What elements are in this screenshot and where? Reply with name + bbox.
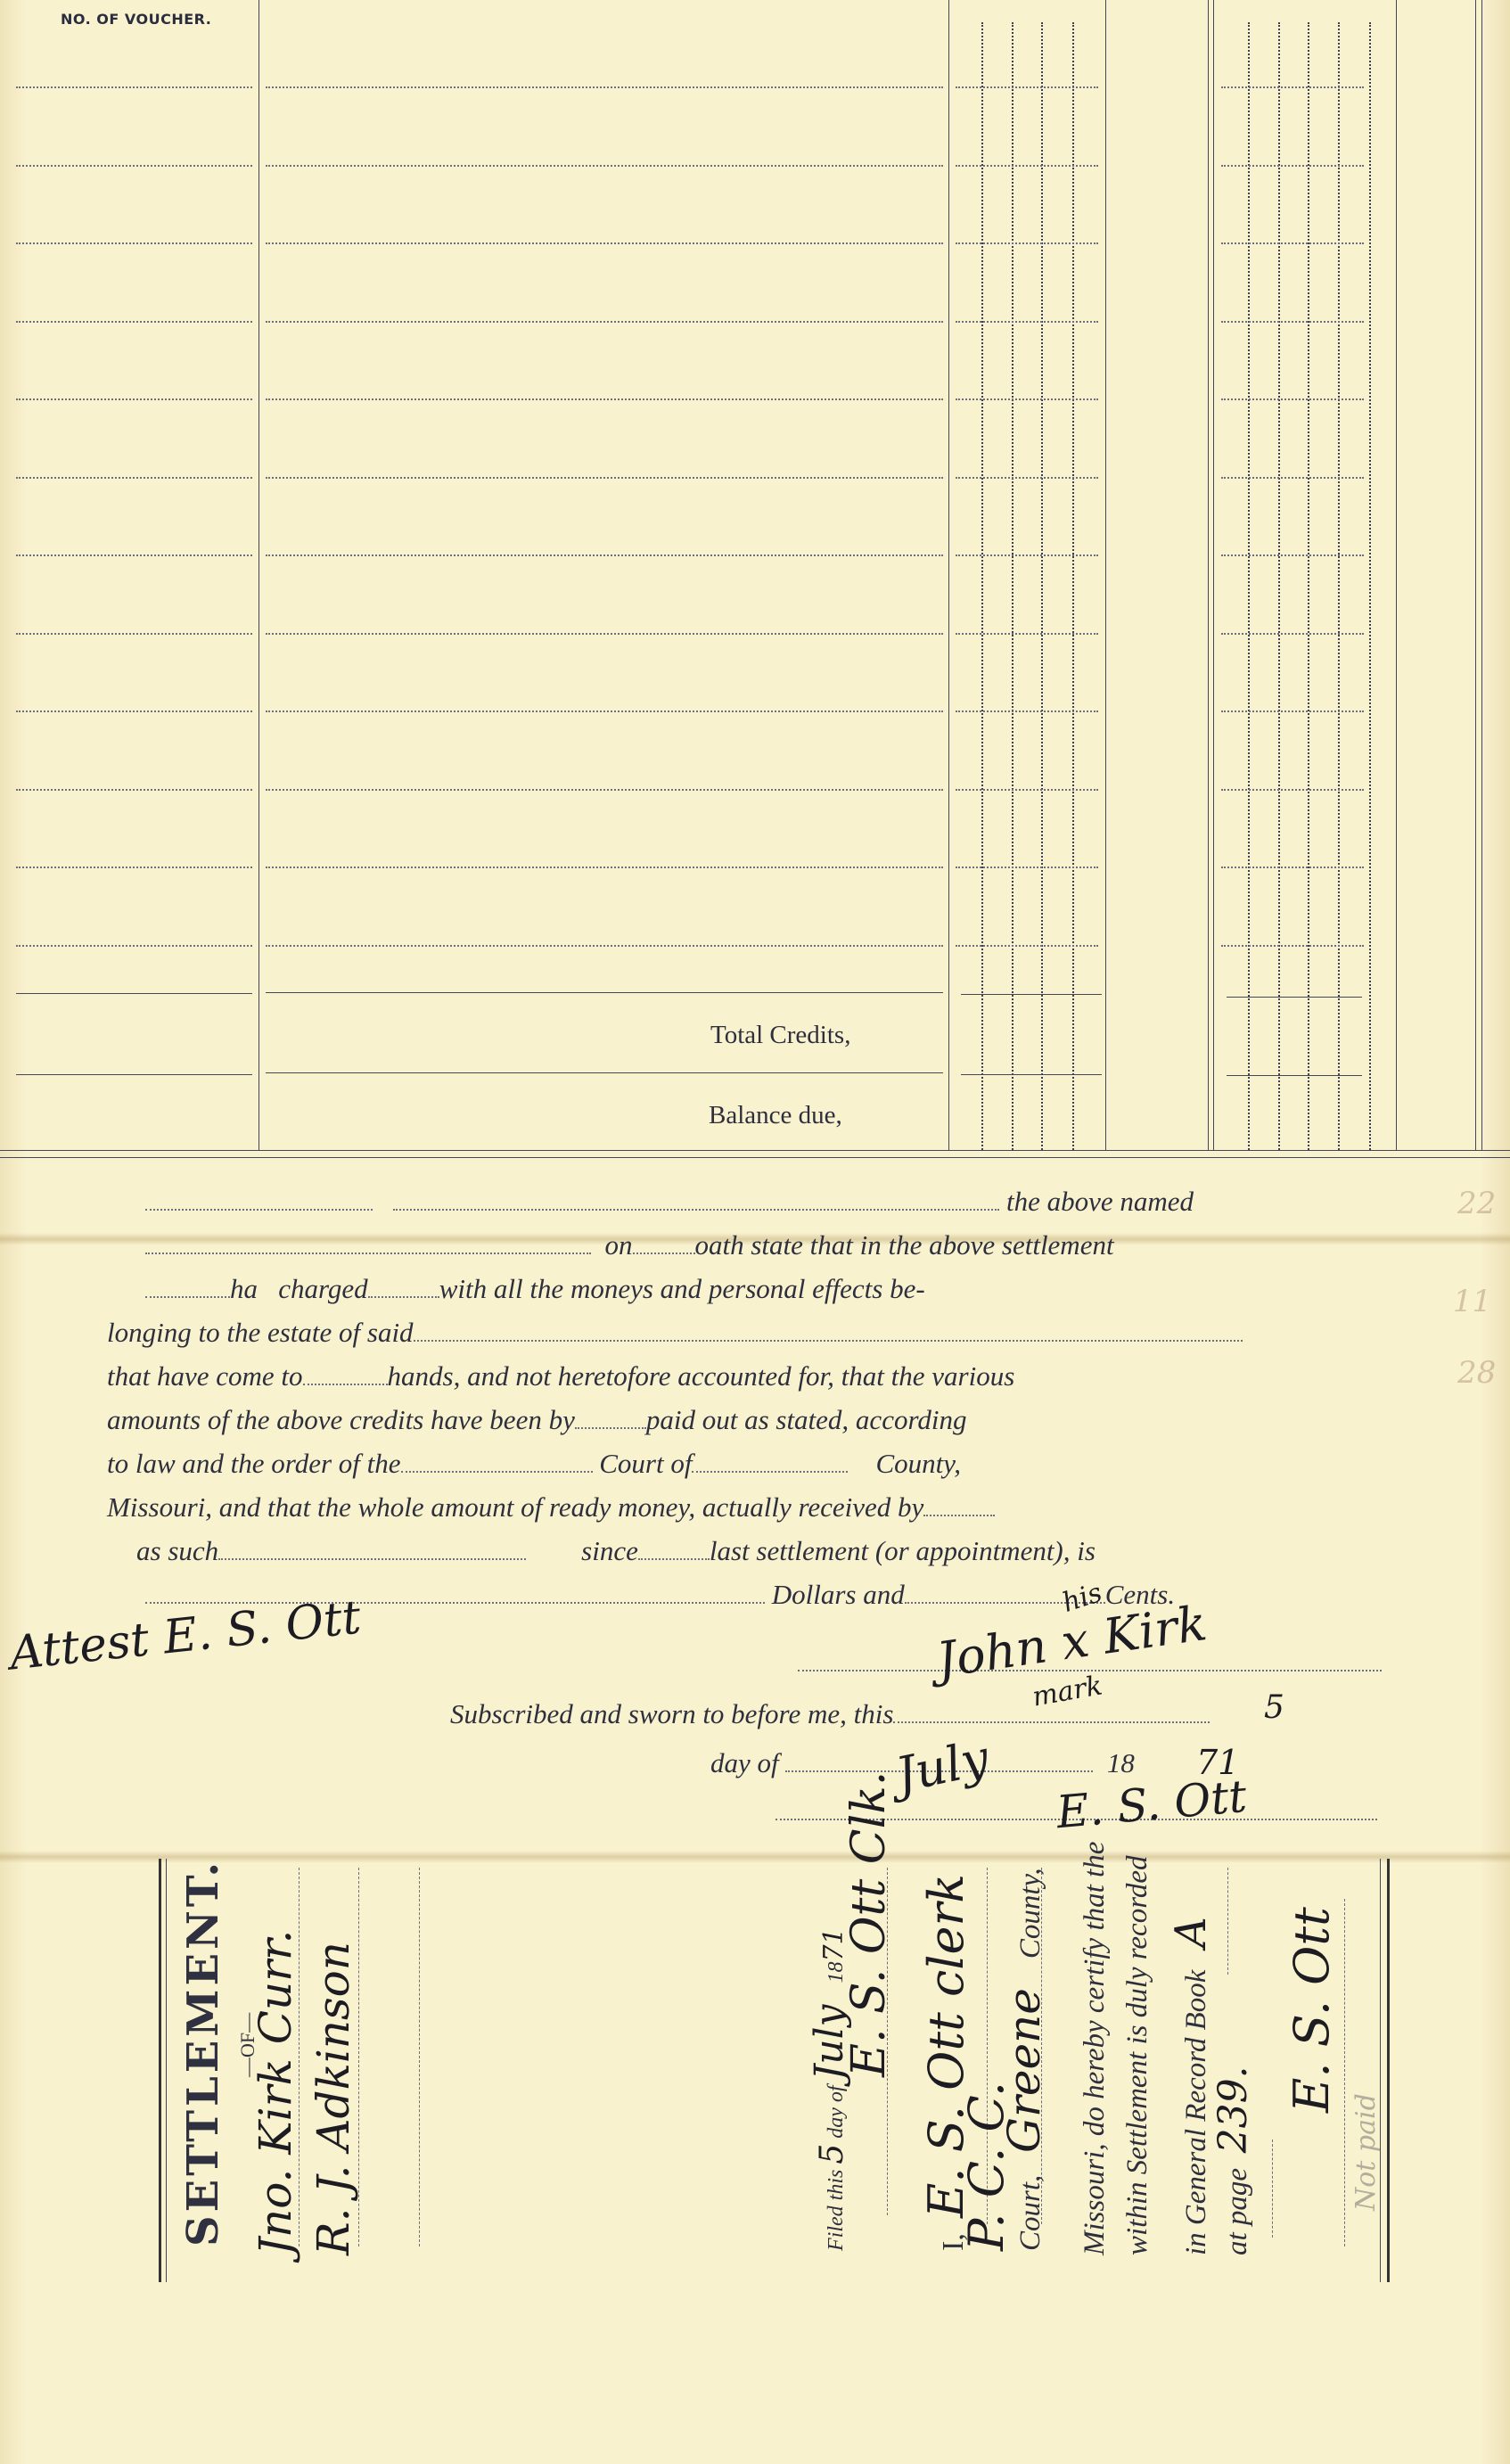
endorsement-guide — [1344, 1899, 1345, 2246]
amount-b-subcolumn — [1369, 22, 1371, 1150]
text-hands: hands, and not heretofore accounted for,… — [388, 1360, 1015, 1392]
ledger-row-rule — [16, 477, 252, 479]
amount-b-subcolumn — [1278, 22, 1280, 1150]
endorsement-guide — [1272, 2140, 1273, 2238]
ledger-row-rule — [1221, 242, 1364, 244]
text-since: since — [581, 1535, 638, 1566]
text-paid-out: paid out as stated, according — [646, 1404, 967, 1435]
handwritten-sworn-day: 5 — [1264, 1689, 1284, 1726]
total-rule-description — [266, 992, 943, 993]
affidavit-line-5: that have come tohands, and not heretofo… — [107, 1360, 1014, 1392]
amount-a-subcolumn — [981, 22, 983, 1150]
ledger-row-rule — [956, 398, 1098, 400]
handwritten-page: 239. — [1210, 2066, 1256, 2153]
text-with-all-moneys: with all the moneys and personal effects… — [439, 1273, 925, 1304]
blank-on[interactable] — [633, 1233, 695, 1254]
ledger-row-rule — [16, 789, 252, 791]
affidavit-line-6: amounts of the above credits have been b… — [107, 1404, 966, 1436]
text-amounts: amounts of the above credits have been b… — [107, 1404, 575, 1435]
ledger-row-rule — [956, 242, 1098, 244]
text-order-of-the: to law and the order of the — [107, 1448, 401, 1479]
ledger-row-rule — [956, 321, 1098, 323]
affidavit-line-8: Missouri, and that the whole amount of r… — [107, 1491, 995, 1524]
blank-paid-by[interactable] — [575, 1408, 646, 1429]
amount-b-subcolumn — [1248, 22, 1250, 1150]
text-county: County, — [875, 1448, 961, 1479]
sworn-line: Subscribed and sworn to before me, this — [450, 1698, 1210, 1730]
amount-b-subcolumn — [1308, 22, 1309, 1150]
endorsement-border-right — [1387, 1859, 1390, 2282]
balance-due-label: Balance due, — [709, 1101, 842, 1130]
ledger-row-rule — [956, 945, 1098, 947]
amount-a-subcolumn — [1072, 22, 1074, 1150]
margin-faint-note: 11 — [1453, 1284, 1491, 1319]
voucher-column-header: NO. OF VOUCHER. — [61, 11, 211, 28]
handwritten-book: A — [1166, 1917, 1216, 1948]
ledger-row-rule — [1221, 710, 1364, 712]
blank-hands-of[interactable] — [303, 1364, 388, 1385]
column-divider-amount-b-right — [1396, 0, 1397, 1150]
text-that-have-come-to: that have come to — [107, 1360, 303, 1392]
ledger-bottom-rule — [0, 1150, 1510, 1151]
cert-line-book: in General Record Book A — [1166, 1917, 1216, 2255]
handwritten-administrator: Jno. Kirk Curr. — [250, 1930, 301, 2255]
cert-line-missouri: Missouri, do hereby certify that the — [1079, 1842, 1112, 2255]
blank-ha[interactable] — [145, 1277, 230, 1298]
ledger-row-rule — [266, 710, 943, 712]
amount-b-subcolumn — [1338, 22, 1340, 1150]
affidavit-line-3: ha chargedwith all the moneys and person… — [145, 1273, 925, 1305]
ledger-row-rule — [266, 398, 943, 400]
blank-court-name[interactable] — [401, 1451, 593, 1473]
ledger-row-rule — [1221, 477, 1364, 479]
total-rule-voucher — [16, 993, 252, 994]
margin-faint-note: 22 — [1457, 1186, 1496, 1221]
total-credits-label: Total Credits, — [710, 1021, 850, 1050]
pencil-note: Not paid — [1350, 2093, 1382, 2211]
endorsement-border-left2 — [166, 1859, 167, 2282]
handwritten-filed-clerk: E. S. Ott Clk. — [842, 1771, 896, 2077]
balance-rule-amount-a — [961, 1074, 1102, 1075]
affidavit-line-1: the above named — [145, 1186, 1194, 1218]
column-divider-voucher — [259, 0, 259, 1150]
ledger-row-rule — [1221, 165, 1364, 167]
ledger-row-rule — [16, 321, 252, 323]
page-border-right — [1475, 0, 1476, 1150]
ledger-row-rule — [16, 945, 252, 947]
ledger-row-rule — [956, 633, 1098, 635]
endorsement-border-right2 — [1380, 1859, 1381, 2282]
blank-county-name[interactable] — [692, 1451, 848, 1473]
ledger-row-rule — [956, 789, 1098, 791]
ledger-row-rule — [1221, 945, 1364, 947]
ledger-row-rule — [956, 554, 1098, 556]
affidavit-line-9: as such sincelast settlement (or appoint… — [136, 1535, 1096, 1567]
ledger-row-rule — [266, 945, 943, 947]
column-divider-amount-b-left — [1208, 0, 1209, 1150]
ledger-row-rule — [956, 86, 1098, 88]
ledger-row-rule — [266, 321, 943, 323]
ledger-row-rule — [956, 710, 1098, 712]
affidavit-line-4: longing to the estate of said — [107, 1317, 1243, 1349]
page-border-right2 — [1481, 0, 1482, 1150]
ledger-row-rule — [266, 165, 943, 167]
ledger-row-rule — [266, 242, 943, 244]
document-page: NO. OF VOUCHER. Total Credits, Balance d… — [0, 0, 1510, 2464]
blank-charged[interactable] — [368, 1277, 439, 1298]
balance-rule-description — [266, 1072, 943, 1073]
endorsement-guide — [1227, 1868, 1228, 1975]
text-court-of: Court of — [599, 1448, 692, 1479]
text-charged: charged — [278, 1273, 367, 1304]
ledger-row-rule — [1221, 633, 1364, 635]
text-dollars-and: Dollars and — [772, 1579, 905, 1610]
margin-faint-note: 28 — [1457, 1355, 1496, 1391]
affidavit-line-2: onoath state that in the above settlemen… — [145, 1229, 1114, 1261]
balance-rule-amount-b — [1227, 1075, 1362, 1076]
handwritten-sworn-clerk: E. S. Ott — [1055, 1770, 1249, 1838]
ledger-row-rule — [266, 554, 943, 556]
text-day-of: day of — [825, 2085, 848, 2138]
text-oath-state: oath state that in the above settlement — [695, 1229, 1114, 1261]
balance-rule-voucher — [16, 1074, 252, 1075]
handwritten-sworn-month: July — [891, 1729, 994, 1803]
ledger-row-rule — [16, 86, 252, 88]
ledger-row-rule — [16, 554, 252, 556]
text-subscribed-sworn: Subscribed and sworn to before me, this — [450, 1698, 893, 1729]
endorsement-guide — [419, 1868, 420, 2246]
ledger-row-rule — [1221, 321, 1364, 323]
blank-administrator-title[interactable] — [393, 1189, 999, 1211]
ledger-row-rule — [1221, 86, 1364, 88]
ledger-row-rule — [266, 867, 943, 868]
ledger-row-rule — [956, 165, 1098, 167]
total-rule-amount-a — [961, 994, 1102, 995]
endorsement-border-left — [159, 1859, 161, 2282]
text-year-prefix: 18 — [1107, 1747, 1135, 1778]
blank-party[interactable] — [145, 1233, 591, 1254]
cert-line-settlement: within Settlement is duly recorded — [1121, 1856, 1154, 2255]
column-divider-amount-a-right — [1105, 0, 1106, 1150]
blank-received-by[interactable] — [923, 1495, 995, 1516]
ledger-row-rule — [16, 710, 252, 712]
text-estate-of-said: longing to the estate of said — [107, 1317, 414, 1348]
text-the-above-named: the above named — [1006, 1186, 1194, 1217]
handwritten-county: Greene — [998, 1988, 1050, 2153]
blank-administrator-name[interactable] — [145, 1189, 373, 1211]
ledger-bottom-rule2 — [0, 1157, 1510, 1158]
ledger-row-rule — [956, 867, 1098, 868]
ledger-row-rule — [266, 789, 943, 791]
text-as-such: as such — [136, 1535, 218, 1566]
handwritten-filed-day: 5 — [814, 2144, 850, 2164]
text-filed-this: Filed this — [825, 2170, 848, 2251]
settlement-title: SETTLEMENT. — [178, 1859, 228, 2246]
amount-a-subcolumn — [1012, 22, 1014, 1150]
blank-dollars[interactable] — [145, 1582, 765, 1604]
ledger-row-rule — [16, 398, 252, 400]
ledger-row-rule — [16, 242, 252, 244]
text-court: Court, — [1014, 2175, 1046, 2251]
text-ha: ha — [230, 1273, 258, 1304]
cert-court-line: Court, Greene County, — [998, 1868, 1050, 2251]
ledger-row-rule — [16, 165, 252, 167]
column-divider-amount-b-left2 — [1213, 0, 1214, 1150]
ledger-row-rule — [1221, 789, 1364, 791]
text-at-page: at page — [1221, 2168, 1253, 2255]
amount-a-subcolumn — [1041, 22, 1043, 1150]
blank-as-such[interactable] — [218, 1539, 526, 1560]
affidavit-line-7: to law and the order of the Court of Cou… — [107, 1448, 961, 1480]
ledger-row-rule — [1221, 398, 1364, 400]
text-missouri-ready-money: Missouri, and that the whole amount of r… — [107, 1491, 923, 1523]
text-county: County, — [1014, 1868, 1046, 1959]
blank-deceased-name[interactable] — [414, 1320, 1243, 1342]
text-on: on — [605, 1229, 633, 1261]
ledger-row-rule — [1221, 554, 1364, 556]
text-day-of: day of — [710, 1747, 779, 1778]
blank-since[interactable] — [638, 1539, 710, 1560]
handwritten-estate-name: R. J. Adkinson — [308, 1942, 359, 2255]
ledger-row-rule — [266, 633, 943, 635]
column-divider-description — [948, 0, 949, 1150]
ledger-row-rule — [266, 86, 943, 88]
cert-line-page: at page 239. — [1210, 2066, 1256, 2255]
text-general-record-book: in General Record Book — [1180, 1970, 1212, 2255]
ledger-row-rule — [1221, 867, 1364, 868]
text-last-settlement: last settlement (or appointment), is — [710, 1535, 1096, 1566]
handwritten-cert-signature: E. S. Ott — [1284, 1907, 1340, 2113]
ledger-row-rule — [16, 867, 252, 868]
ledger-row-rule — [956, 477, 1098, 479]
ledger-row-rule — [266, 477, 943, 479]
ledger-row-rule — [16, 633, 252, 635]
total-rule-amount-b — [1227, 997, 1362, 998]
